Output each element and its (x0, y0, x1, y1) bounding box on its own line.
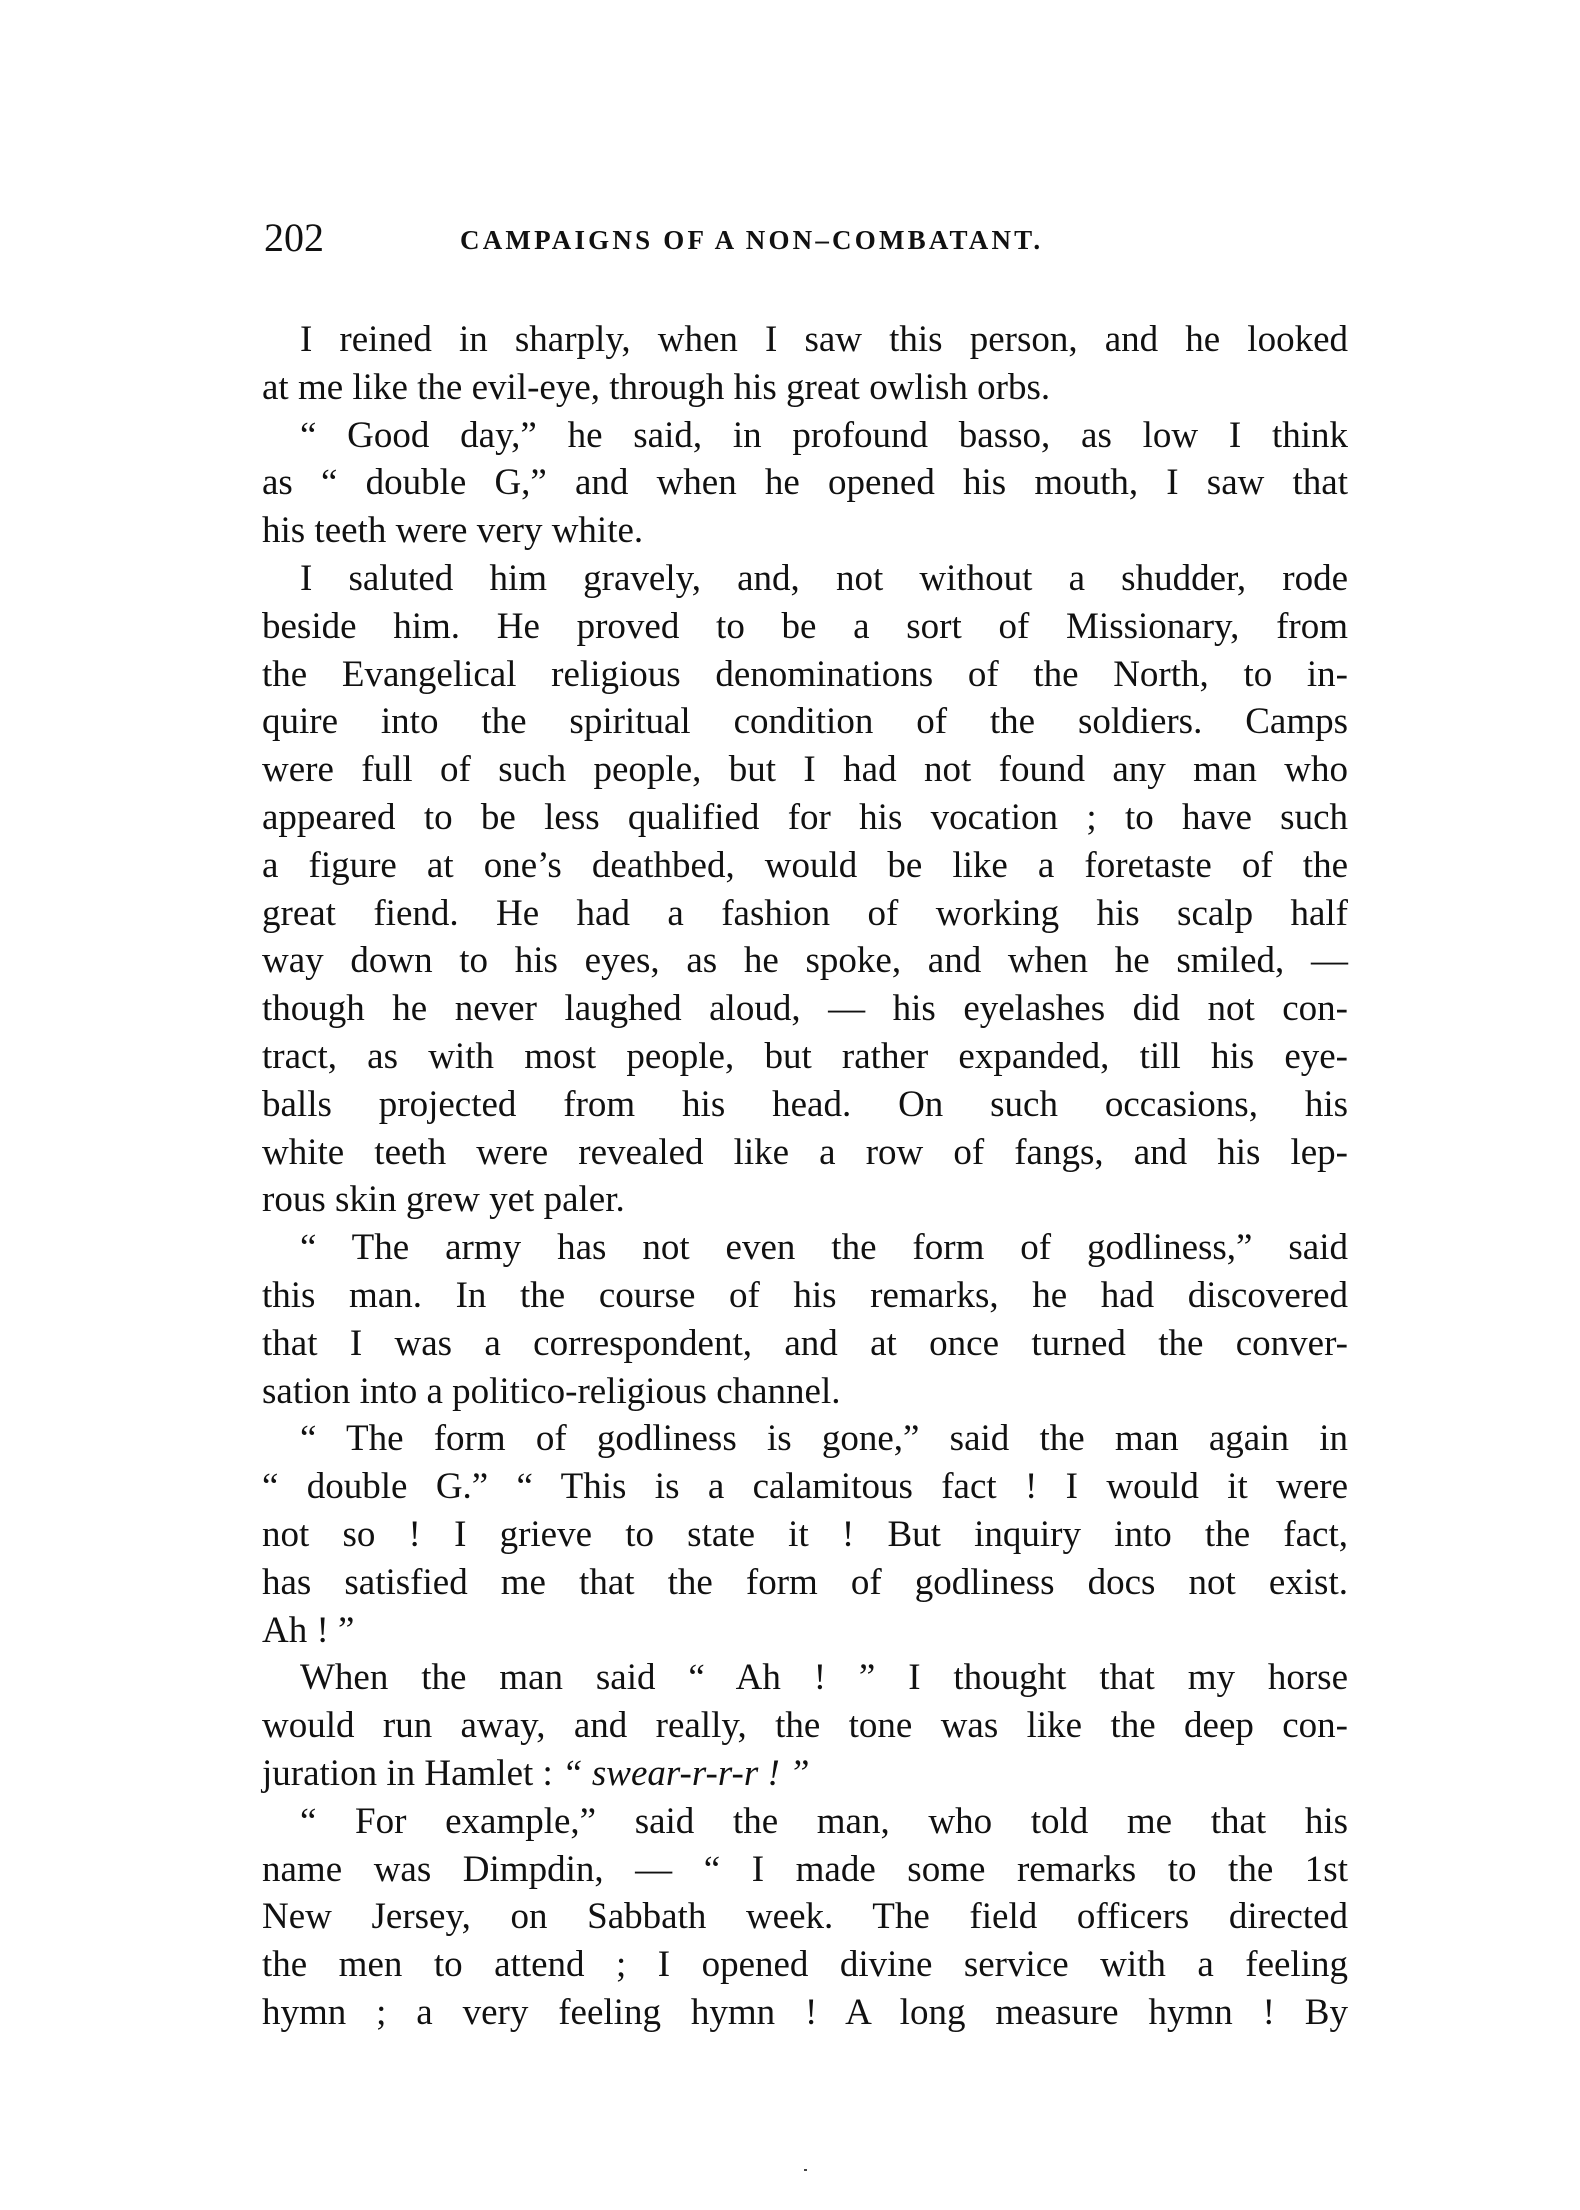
text-line: “ The form of godliness is gone,” said t… (262, 1415, 1348, 1463)
text-line: “ double G.” “ This is a calamitous fact… (262, 1463, 1348, 1511)
text-line: has satisfied me that the form of godlin… (262, 1559, 1348, 1607)
scan-speck (804, 2169, 807, 2171)
running-head: 202 CAMPAIGNS OF A NON–COMBATANT. (264, 214, 1144, 262)
running-title: CAMPAIGNS OF A NON–COMBATANT. (460, 218, 1043, 262)
paragraph: “ The form of godliness is gone,” said t… (262, 1415, 1348, 1654)
text-line: hymn ; a very feeling hymn ! A long meas… (262, 1989, 1348, 2037)
line-text: juration in Hamlet : (262, 1753, 553, 1794)
text-line: at me like the evil-eye, through his gre… (262, 364, 1348, 412)
text-line: I saluted him gravely, and, not without … (262, 555, 1348, 603)
page-number: 202 (264, 214, 324, 262)
text-line: tract, as with most people, but rather e… (262, 1033, 1348, 1081)
text-line: rous skin grew yet paler. (262, 1176, 1348, 1224)
paragraph: “ For example,” said the man, who told m… (262, 1798, 1348, 2037)
text-line: “ For example,” said the man, who told m… (262, 1798, 1348, 1846)
text-line: name was Dimpdin, — “ I made some remark… (262, 1846, 1348, 1894)
text-line: I reined in sharply, when I saw this per… (262, 316, 1348, 364)
paragraph: “ The army has not even the form of godl… (262, 1224, 1348, 1415)
text-line: beside him. He proved to be a sort of Mi… (262, 603, 1348, 651)
paragraph: I saluted him gravely, and, not without … (262, 555, 1348, 1224)
text-line: as “ double G,” and when he opened his m… (262, 459, 1348, 507)
text-line: “ The army has not even the form of godl… (262, 1224, 1348, 1272)
text-line: way down to his eyes, as he spoke, and w… (262, 937, 1348, 985)
text-line: “ Good day,” he said, in profound basso,… (262, 412, 1348, 460)
text-line: Ah ! ” (262, 1607, 1348, 1655)
text-line: this man. In the course of his remarks, … (262, 1272, 1348, 1320)
text-line: were full of such people, but I had not … (262, 746, 1348, 794)
paragraph: I reined in sharply, when I saw this per… (262, 316, 1348, 412)
text-line: white teeth were revealed like a row of … (262, 1129, 1348, 1177)
text-line: New Jersey, on Sabbath week. The field o… (262, 1893, 1348, 1941)
paragraph: When the man said “ Ah ! ” I thought tha… (262, 1654, 1348, 1797)
text-line: balls projected from his head. On such o… (262, 1081, 1348, 1129)
text-line: sation into a politico-religious channel… (262, 1368, 1348, 1416)
text-line: juration in Hamlet : “ swear-r-r-r ! ” (262, 1750, 1348, 1798)
text-line: appeared to be less qualified for his vo… (262, 794, 1348, 842)
italic-quote: “ swear-r-r-r ! ” (562, 1753, 810, 1794)
body-text: I reined in sharply, when I saw this per… (262, 316, 1348, 2037)
text-line: great fiend. He had a fashion of working… (262, 890, 1348, 938)
text-line: quire into the spiritual condition of th… (262, 698, 1348, 746)
text-line: the Evangelical religious denominations … (262, 651, 1348, 699)
book-page: 202 CAMPAIGNS OF A NON–COMBATANT. I rein… (0, 0, 1580, 2210)
paragraph: “ Good day,” he said, in profound basso,… (262, 412, 1348, 555)
text-line: not so ! I grieve to state it ! But inqu… (262, 1511, 1348, 1559)
text-line: though he never laughed aloud, — his eye… (262, 985, 1348, 1033)
text-line: would run away, and really, the tone was… (262, 1702, 1348, 1750)
text-line: his teeth were very white. (262, 507, 1348, 555)
text-line: When the man said “ Ah ! ” I thought tha… (262, 1654, 1348, 1702)
text-line: that I was a correspondent, and at once … (262, 1320, 1348, 1368)
text-line: a figure at one’s deathbed, would be lik… (262, 842, 1348, 890)
text-line: the men to attend ; I opened divine serv… (262, 1941, 1348, 1989)
